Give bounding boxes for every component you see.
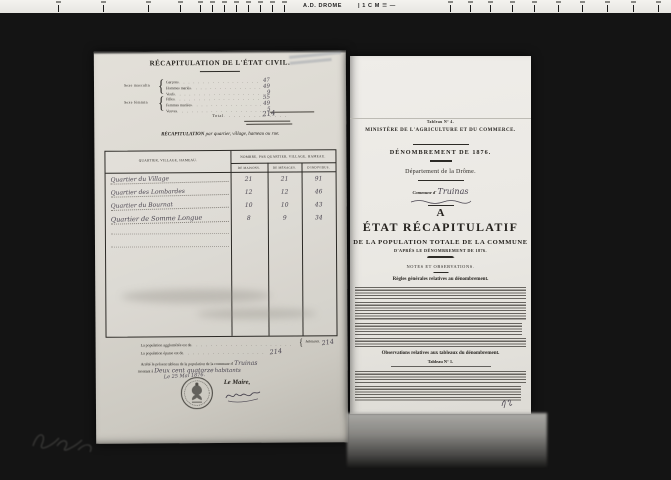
empty-row-line: [111, 233, 229, 235]
microtext-paragraph: [355, 287, 526, 300]
section-letter: A: [350, 207, 531, 219]
eparse-value: 214: [269, 347, 282, 356]
quartier-name: Quartier des Lombardes: [111, 187, 229, 198]
habitants-label: habitants.: [306, 339, 320, 343]
maire-label: Le Maire,: [224, 379, 250, 386]
main-title: ÉTAT RÉCAPITULATIF: [350, 220, 531, 235]
total-rule-2: [246, 124, 292, 125]
quartier-table: QUARTIER, VILLAGE, HAMEAU. NOMBRE, PAR Q…: [104, 149, 337, 337]
rules-heading: Règles générales relatives au dénombreme…: [350, 277, 531, 282]
microtext-paragraph: [355, 371, 526, 384]
rule: [433, 272, 448, 273]
handwritten-underline: [410, 198, 472, 204]
cell-menages: 10: [268, 202, 302, 209]
cell-individus: 43: [302, 201, 336, 208]
habitants-brace: {: [299, 338, 303, 349]
sub-header-menages: DE MÉNAGES.: [268, 165, 302, 169]
archive-label: A.D. DROME: [303, 3, 342, 9]
rule: [428, 205, 454, 206]
left-page-recapitulation: RÉCAPITULATION DE L'ÉTAT CIVIL. Sexe mas…: [94, 50, 348, 444]
total-value: 214: [262, 109, 276, 118]
population-agglomeree-row: La population agglomérée est de: [141, 343, 293, 348]
left-page-title: RÉCAPITULATION DE L'ÉTAT CIVIL.: [94, 58, 346, 68]
tableau1-subtitle-line: [391, 366, 491, 367]
table-line: [230, 162, 335, 164]
quartier-name: Quartier du Village: [111, 174, 229, 185]
census-title: DÉNOMBREMENT DE 1876.: [350, 149, 531, 156]
population-eparse-row: La population éparse est de: [141, 351, 266, 356]
cell-individus: 34: [302, 214, 336, 221]
recap-heading-rest: par quartier, village, hameau ou rue.: [206, 132, 280, 137]
total-label: Total: [212, 113, 224, 118]
rule: [413, 144, 469, 145]
sheet-edge-line: [350, 118, 531, 119]
commune-line: Commune d' Truinas: [350, 187, 531, 196]
scan-smudge: [121, 289, 271, 304]
arrete-label: Arrêté le présent tableau de la populati…: [141, 362, 234, 367]
rule: [418, 180, 464, 181]
montant-suffix: habitants: [215, 368, 241, 374]
female-group-label: Sexe féminin: [124, 100, 148, 104]
official-seal-icon: [180, 376, 214, 410]
cell-menages: 12: [268, 189, 302, 196]
microtext-paragraph: [355, 386, 521, 402]
dot-leader: [183, 351, 265, 356]
microtext-paragraph: [355, 302, 526, 321]
commune-value-handwritten: Truinas: [438, 187, 469, 196]
subtitle-denombrement: D'APRÈS LE DÉNOMBREMENT DE 1876.: [350, 248, 531, 253]
total-rule-1: [244, 121, 290, 122]
recap-heading-lead: RÉCAPITULATION: [161, 132, 204, 137]
ornament-rule: [427, 256, 455, 258]
cell-menages: 21: [268, 176, 302, 183]
tableau1-heading: Tableau N° 1.: [350, 359, 531, 364]
sub-header-maisons: DE MAISONS.: [231, 165, 268, 169]
microfilm-scan: A.D. DROME | 1 C M ☰ — RÉCAPITULATION DE…: [0, 0, 671, 480]
cell-menages: 9: [268, 215, 302, 222]
margin-handwriting-faint: [28, 416, 98, 458]
cell-individus: 91: [302, 175, 336, 182]
cell-maisons: 12: [232, 189, 266, 196]
departement-line: Département de la Drôme.: [350, 169, 531, 175]
row-label: Veuves: [166, 109, 177, 113]
montant-label: montant à: [138, 369, 153, 373]
cell-maisons: 8: [232, 215, 266, 222]
notes-heading: NOTES ET OBSERVATIONS.: [350, 264, 531, 269]
microfilm-ruler: A.D. DROME | 1 C M ☰ —: [0, 0, 671, 13]
quartier-name: Quartier du Bournat: [111, 200, 229, 211]
right-page-etat-recapitulatif: Tableau N° 4. MINISTÈRE DE L'AGRICULTURE…: [350, 56, 531, 414]
col-group-header: NOMBRE, PAR QUARTIER, VILLAGE, HAMEAU.: [230, 154, 335, 159]
empty-row-line: [111, 246, 229, 248]
agglomeree-label: La population agglomérée est de: [141, 343, 192, 347]
commune-handwritten: Truinas: [234, 360, 257, 367]
microtext-paragraph: [355, 338, 526, 349]
cell-maisons: 10: [232, 202, 266, 209]
thick-rule: [430, 160, 452, 162]
cell-individus: 46: [302, 188, 336, 195]
cell-maisons: 21: [232, 176, 266, 183]
subtitle-population: DE LA POPULATION TOTALE DE LA COMMUNE: [350, 239, 531, 246]
habitants-value: 214: [321, 337, 334, 347]
male-group-label: Sexe masculin: [124, 83, 150, 87]
divider: [200, 71, 240, 72]
scale-marker: | 1 C M ☰ —: [358, 3, 396, 9]
ministry-title: MINISTÈRE DE L'AGRICULTURE ET DU COMMERC…: [350, 128, 531, 133]
sub-header-individus: D'INDIVIDUS.: [302, 165, 336, 169]
under-sheet-shadow: [347, 413, 547, 467]
maire-signature: [225, 388, 261, 404]
quartier-name: Quartier de Somme Longue: [111, 213, 229, 225]
handwritten-mark: [500, 396, 514, 410]
microtext-paragraph: [355, 323, 522, 336]
commune-label: Commune d': [413, 190, 437, 195]
female-brace: {: [158, 93, 165, 113]
col-header-quartier: QUARTIER, VILLAGE, HAMEAU.: [105, 158, 230, 163]
dot-leader: [224, 113, 288, 118]
eparse-label: La population éparse est de: [141, 351, 184, 355]
observations-heading: Observations relatives aux tableaux du d…: [350, 351, 531, 356]
recap-heading: RÉCAPITULATION par quartier, village, ha…: [94, 131, 346, 138]
total-row: Total: [212, 113, 288, 118]
tableau-number: Tableau N° 4.: [350, 120, 531, 124]
scan-smudge: [196, 308, 316, 319]
